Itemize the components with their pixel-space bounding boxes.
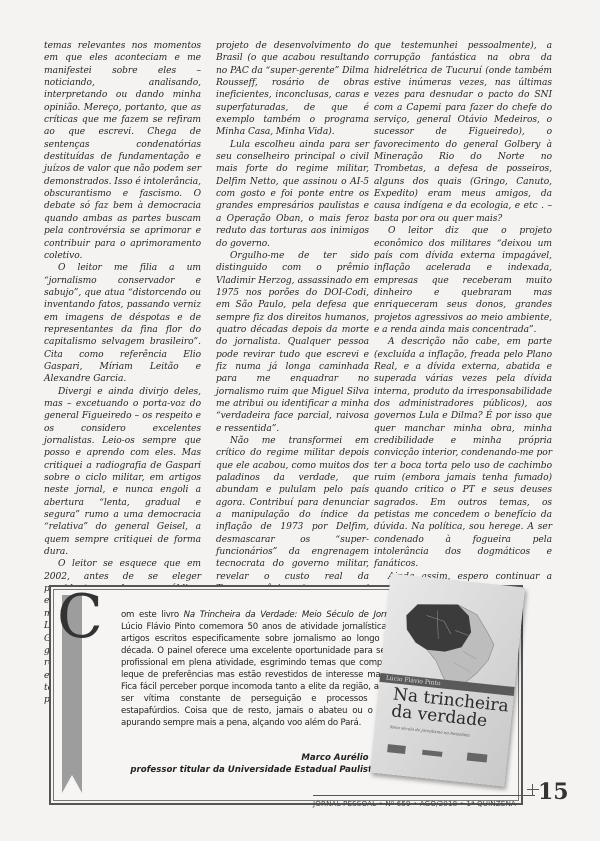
article-column-3: que testemunhei pessoalmente), a corrupç… xyxy=(374,40,552,595)
paragraph: Divergi e ainda divirjo deles, mas – exc… xyxy=(44,386,201,559)
paragraph: temas relevantes nos momentos em que ele… xyxy=(44,40,201,262)
page-number: 15 xyxy=(538,779,569,805)
promo-text-body: , Lúcio Flávio Pinto comemora 50 anos de… xyxy=(121,610,419,728)
paragraph: Lula escolheu ainda para ser seu conselh… xyxy=(216,139,369,250)
promo-text-intro: om este livro xyxy=(121,610,184,620)
paragraph: Orgulho-me de ter sido distinguido com o… xyxy=(216,250,369,435)
paragraph: O leitor me filia a um “jornalismo conse… xyxy=(44,262,201,385)
promo-text: om este livro Na Trincheira da Verdade: … xyxy=(121,609,419,729)
publisher-logo-icon xyxy=(467,752,488,762)
drop-cap: C xyxy=(57,587,103,647)
promo-book-title: Na Trincheira da Verdade: Meio Século de… xyxy=(184,610,417,620)
publisher-logo-icon xyxy=(422,750,442,757)
paragraph: projeto de desenvolvimento do Brasil (o … xyxy=(216,40,369,139)
page-footer: JORNAL PESSOAL • Nº 659 • AGO/2018 • 1ª … xyxy=(313,795,535,808)
publisher-logo-icon xyxy=(387,744,406,754)
paragraph: O leitor diz que o projeto econômico dos… xyxy=(374,225,552,336)
book-cover-image: Lúcio Flávio Pinto Na trincheira da verd… xyxy=(370,573,525,786)
paragraph: A descrição não cabe, em parte (excluída… xyxy=(374,336,552,571)
paragraph: que testemunhei pessoalmente), a corrupç… xyxy=(374,40,552,225)
